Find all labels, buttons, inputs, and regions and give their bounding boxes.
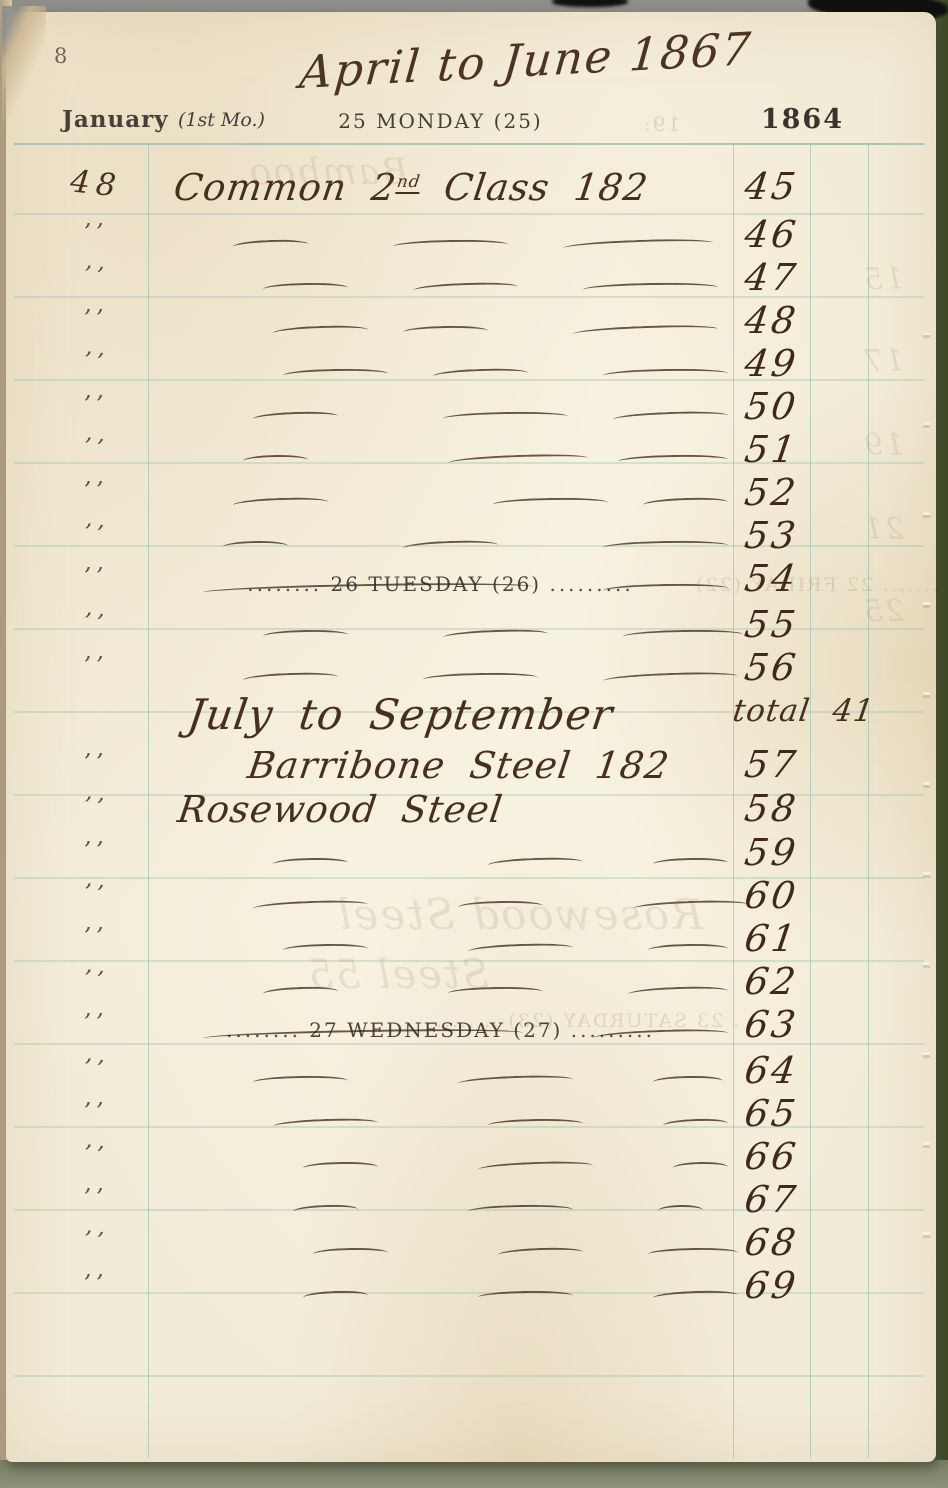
row-number-cell: 50 [733, 388, 853, 425]
row-content [148, 216, 733, 259]
ledger-row: ’’67 [6, 1181, 936, 1224]
row-content [148, 517, 733, 560]
handwritten-text: July to September [185, 692, 616, 738]
margin-ditto-mark: ’’ [63, 1053, 129, 1086]
ditto-dash [493, 497, 608, 510]
row-number-cell: 53 [733, 517, 853, 554]
ditto-dash [448, 453, 588, 469]
row-number: 56 [730, 649, 800, 686]
row-content: ........ 26 TUESDAY (26) ......... [148, 560, 733, 606]
scanned-diary-photo: 8 April to June 1867 January (1st Mo.) 2… [0, 0, 948, 1488]
row-number-cell: 57 [733, 746, 853, 783]
row-number: 57 [730, 746, 800, 783]
bleed-through-text: Rosewood Steel [336, 890, 703, 939]
ledger-row: ’’65 [6, 1095, 936, 1138]
row-content [148, 1052, 733, 1095]
ditto-dash [263, 282, 348, 294]
ditto-dash [243, 671, 338, 685]
row-content: July to September [148, 692, 733, 746]
margin-ditto-mark: ’’ [64, 838, 128, 864]
row-number-cell: 64 [733, 1052, 853, 1089]
ditto-dash [443, 628, 548, 643]
ditto-dash [653, 1290, 738, 1304]
row-content [148, 1267, 733, 1310]
ditto-dash [273, 1117, 378, 1132]
margin-ditto-mark: ’’ [64, 1185, 128, 1211]
ditto-dash [488, 1118, 583, 1131]
ledger-row: ’’Barribone Steel 18257 [6, 746, 936, 790]
row-number: 47 [730, 259, 800, 296]
ditto-dash [253, 1075, 348, 1088]
ledger-row: ’’55 [6, 606, 936, 649]
margin-ditto-mark: ’’ [64, 750, 128, 776]
margin-ditto-mark: ’’ [63, 607, 129, 640]
row-number-cell: 52 [733, 474, 853, 511]
ditto-dash [563, 237, 713, 253]
row-number: 48 [730, 302, 800, 339]
ditto-dash [443, 411, 568, 424]
row-number: 66 [730, 1138, 800, 1175]
printed-year: 1864 [761, 104, 844, 135]
ledger-row: ’’Rosewood Steel58 [6, 790, 936, 834]
ditto-dash [263, 629, 348, 641]
bleed-through-text: 19: [642, 112, 680, 136]
ditto-dash [393, 239, 508, 252]
ditto-dash [283, 368, 388, 381]
ditto-dash [583, 282, 718, 295]
ditto-dash [628, 985, 728, 999]
ledger-rows: 48Common 2nd Class 18245’’46’’47’’48’’49… [6, 168, 936, 1310]
ledger-row: ’’51 [6, 431, 936, 474]
handwritten-text: Rosewood Steel [175, 790, 505, 831]
ledger-row: ’’69 [6, 1267, 936, 1310]
ditto-dash [303, 1290, 368, 1303]
ditto-dash [613, 410, 728, 425]
ditto-dash [478, 1290, 573, 1303]
ditto-dash [648, 943, 728, 955]
ditto-dash [658, 1205, 703, 1217]
row-number-cell: 46 [733, 216, 853, 253]
row-number-cell: 47 [733, 259, 853, 296]
row-number: 50 [730, 388, 800, 425]
ledger-row: July to Septembertotal 41 [6, 692, 936, 746]
row-number-cell: 61 [733, 920, 853, 957]
margin-ditto-mark: ’’ [64, 653, 128, 679]
ledger-row: ’’49 [6, 345, 936, 388]
diary-page: 8 April to June 1867 January (1st Mo.) 2… [6, 12, 936, 1462]
row-content [148, 431, 733, 474]
bleed-through-text: 21 [862, 512, 904, 547]
row-content: Barribone Steel 182 [148, 746, 733, 790]
margin-ditto-mark: ’’ [63, 432, 129, 465]
bleed-through-text: Steel 55 [306, 952, 489, 998]
bleed-through-text: Bamboo [248, 152, 408, 193]
bleed-through-text: 19 [862, 428, 904, 463]
row-number: 46 [730, 216, 800, 253]
ditto-dash [618, 454, 728, 467]
ditto-dash [273, 857, 348, 869]
ditto-dash [643, 497, 728, 511]
total-annotation: total 41 [733, 694, 923, 728]
row-content [148, 1224, 733, 1267]
handwritten-total: total 41 [731, 694, 877, 728]
row-number-cell: 48 [733, 302, 853, 339]
row-content [148, 606, 733, 649]
margin-ditto-mark: ’’ [63, 260, 129, 293]
margin-ditto-mark: ’’ [64, 306, 128, 332]
row-content [148, 474, 733, 517]
row-number-cell: 51 [733, 431, 853, 468]
row-number: 55 [730, 606, 800, 643]
row-number-cell: 55 [733, 606, 853, 643]
row-content [148, 649, 733, 692]
ditto-dash [663, 1118, 728, 1131]
row-content [148, 259, 733, 302]
scan-background-bottom [0, 1460, 948, 1488]
ledger-row: ’’50 [6, 388, 936, 431]
ditto-dash [403, 325, 488, 337]
row-number-cell: 58 [733, 790, 853, 827]
bleed-through-text: 25 [862, 594, 904, 629]
row-number: 63 [730, 1006, 800, 1043]
ditto-dash [653, 1075, 723, 1087]
row-number-cell: 69 [733, 1267, 853, 1304]
row-number-cell: 66 [733, 1138, 853, 1175]
row-number: 49 [730, 345, 800, 382]
row-content [148, 388, 733, 431]
handwritten-text: Barribone Steel 182 [245, 746, 672, 787]
handwritten-text: Common 2nd Class 182 [171, 168, 651, 209]
row-content [148, 834, 733, 877]
bleed-through-text: . 23 SATURDAY (23) ........ [434, 1010, 739, 1032]
page-top-smudge [552, 0, 628, 7]
ledger-row: ’’64 [6, 1052, 936, 1095]
margin-ditto-mark: ’’ [64, 1271, 128, 1297]
row-number: 60 [730, 877, 800, 914]
row-number: 58 [730, 790, 800, 827]
ledger-row: 48Common 2nd Class 18245 [6, 168, 936, 216]
row-number-cell: 63 [733, 1006, 853, 1043]
margin-ditto-mark: ’’ [64, 1010, 128, 1036]
handwritten-title: April to June 1867 [244, 19, 808, 102]
row-number: 67 [730, 1181, 800, 1218]
ditto-dash [243, 454, 308, 466]
ditto-dash [413, 281, 518, 296]
margin-ditto-mark: ’’ [63, 1139, 129, 1172]
row-number: 68 [730, 1224, 800, 1261]
ditto-dash [673, 1162, 728, 1174]
ledger-row: ’’59 [6, 834, 936, 877]
row-content [148, 1095, 733, 1138]
row-number-cell: 59 [733, 834, 853, 871]
ditto-dash [488, 856, 583, 870]
margin-ditto-mark: ’’ [63, 964, 129, 997]
ledger-row: ’’48 [6, 302, 936, 345]
row-number-cell: 60 [733, 877, 853, 914]
row-number-cell: 67 [733, 1181, 853, 1218]
row-number-cell: 56 [733, 649, 853, 686]
ditto-dash [478, 1160, 593, 1175]
margin-ditto-mark: ’’ [64, 478, 128, 504]
margin-ditto-mark: ’’ [63, 791, 129, 824]
row-content [148, 345, 733, 388]
row-number-cell: 68 [733, 1224, 853, 1261]
row-number: 64 [730, 1052, 800, 1089]
ditto-dash [223, 540, 288, 552]
row-number: 69 [730, 1267, 800, 1304]
ditto-dash [303, 1161, 378, 1173]
ditto-dash [233, 239, 308, 253]
ditto-dash [293, 1204, 358, 1217]
ditto-dash [573, 323, 718, 339]
ditto-dash [498, 1247, 583, 1261]
margin-ditto-mark: ’’ [64, 924, 128, 950]
row-number: 51 [730, 431, 800, 468]
ditto-dash [603, 540, 728, 553]
row-number-cell: 49 [733, 345, 853, 382]
margin-ditto-mark: ’’ [64, 1099, 128, 1125]
printed-header: January (1st Mo.) 25 MONDAY (25) 1864 [6, 104, 936, 138]
margin-ditto-mark: ’’ [63, 346, 129, 379]
margin-ditto-mark: ’’ [64, 220, 128, 246]
row-content [148, 1181, 733, 1224]
ledger-row: ’’56 [6, 649, 936, 692]
ditto-dash [313, 1247, 388, 1259]
row-content [148, 1138, 733, 1181]
ditto-dash [273, 324, 368, 338]
row-number: 61 [730, 920, 800, 957]
row-number-cell: 45 [733, 168, 853, 205]
row-content [148, 302, 733, 345]
ditto-dash [468, 1204, 573, 1217]
ditto-dash [648, 1247, 738, 1260]
bleed-through-text: 15 [862, 262, 904, 297]
margin-ditto-mark: ’’ [63, 518, 129, 551]
row-number-cell: 62 [733, 963, 853, 1000]
margin-ditto-mark: ’’ [63, 1225, 129, 1258]
ditto-dash [458, 1074, 573, 1089]
ledger-row: ’’52 [6, 474, 936, 517]
ditto-dash [433, 367, 528, 381]
ledger-row: ’’46 [6, 216, 936, 259]
row-content: Common 2nd Class 182 [148, 168, 733, 216]
ditto-dash [233, 496, 328, 510]
ditto-dash [423, 672, 538, 685]
row-number: 45 [730, 168, 800, 205]
header-rule [14, 143, 924, 145]
page-number: 8 [54, 44, 68, 68]
row-number: 53 [730, 517, 800, 554]
row-number: 52 [730, 474, 800, 511]
ditto-dash [603, 671, 738, 687]
bleed-through-text: ......... 22 FRIDAY (22) [694, 574, 948, 596]
section-title: July to September [188, 692, 613, 738]
row-number-cell: 65 [733, 1095, 853, 1132]
ditto-dash [653, 857, 728, 869]
margin-ditto-mark: ’’ [64, 564, 128, 590]
ledger-row: ’’68 [6, 1224, 936, 1267]
ditto-dash [253, 411, 338, 425]
ditto-dash [623, 629, 743, 642]
ledger-row: ’’66 [6, 1138, 936, 1181]
margin-ditto-mark: 48 [62, 163, 129, 205]
row-content: Rosewood Steel [148, 790, 733, 834]
row-number: 62 [730, 963, 800, 1000]
margin-ditto-mark: ’’ [64, 392, 128, 418]
row-number: 59 [730, 834, 800, 871]
row-number: 65 [730, 1095, 800, 1132]
ditto-dash [403, 539, 498, 553]
bleed-through-text: 17 [862, 344, 904, 379]
margin-ditto-mark: ’’ [63, 878, 129, 911]
ledger-row: ’’47 [6, 259, 936, 302]
ditto-dash [603, 368, 728, 381]
ledger-row: ’’53 [6, 517, 936, 560]
